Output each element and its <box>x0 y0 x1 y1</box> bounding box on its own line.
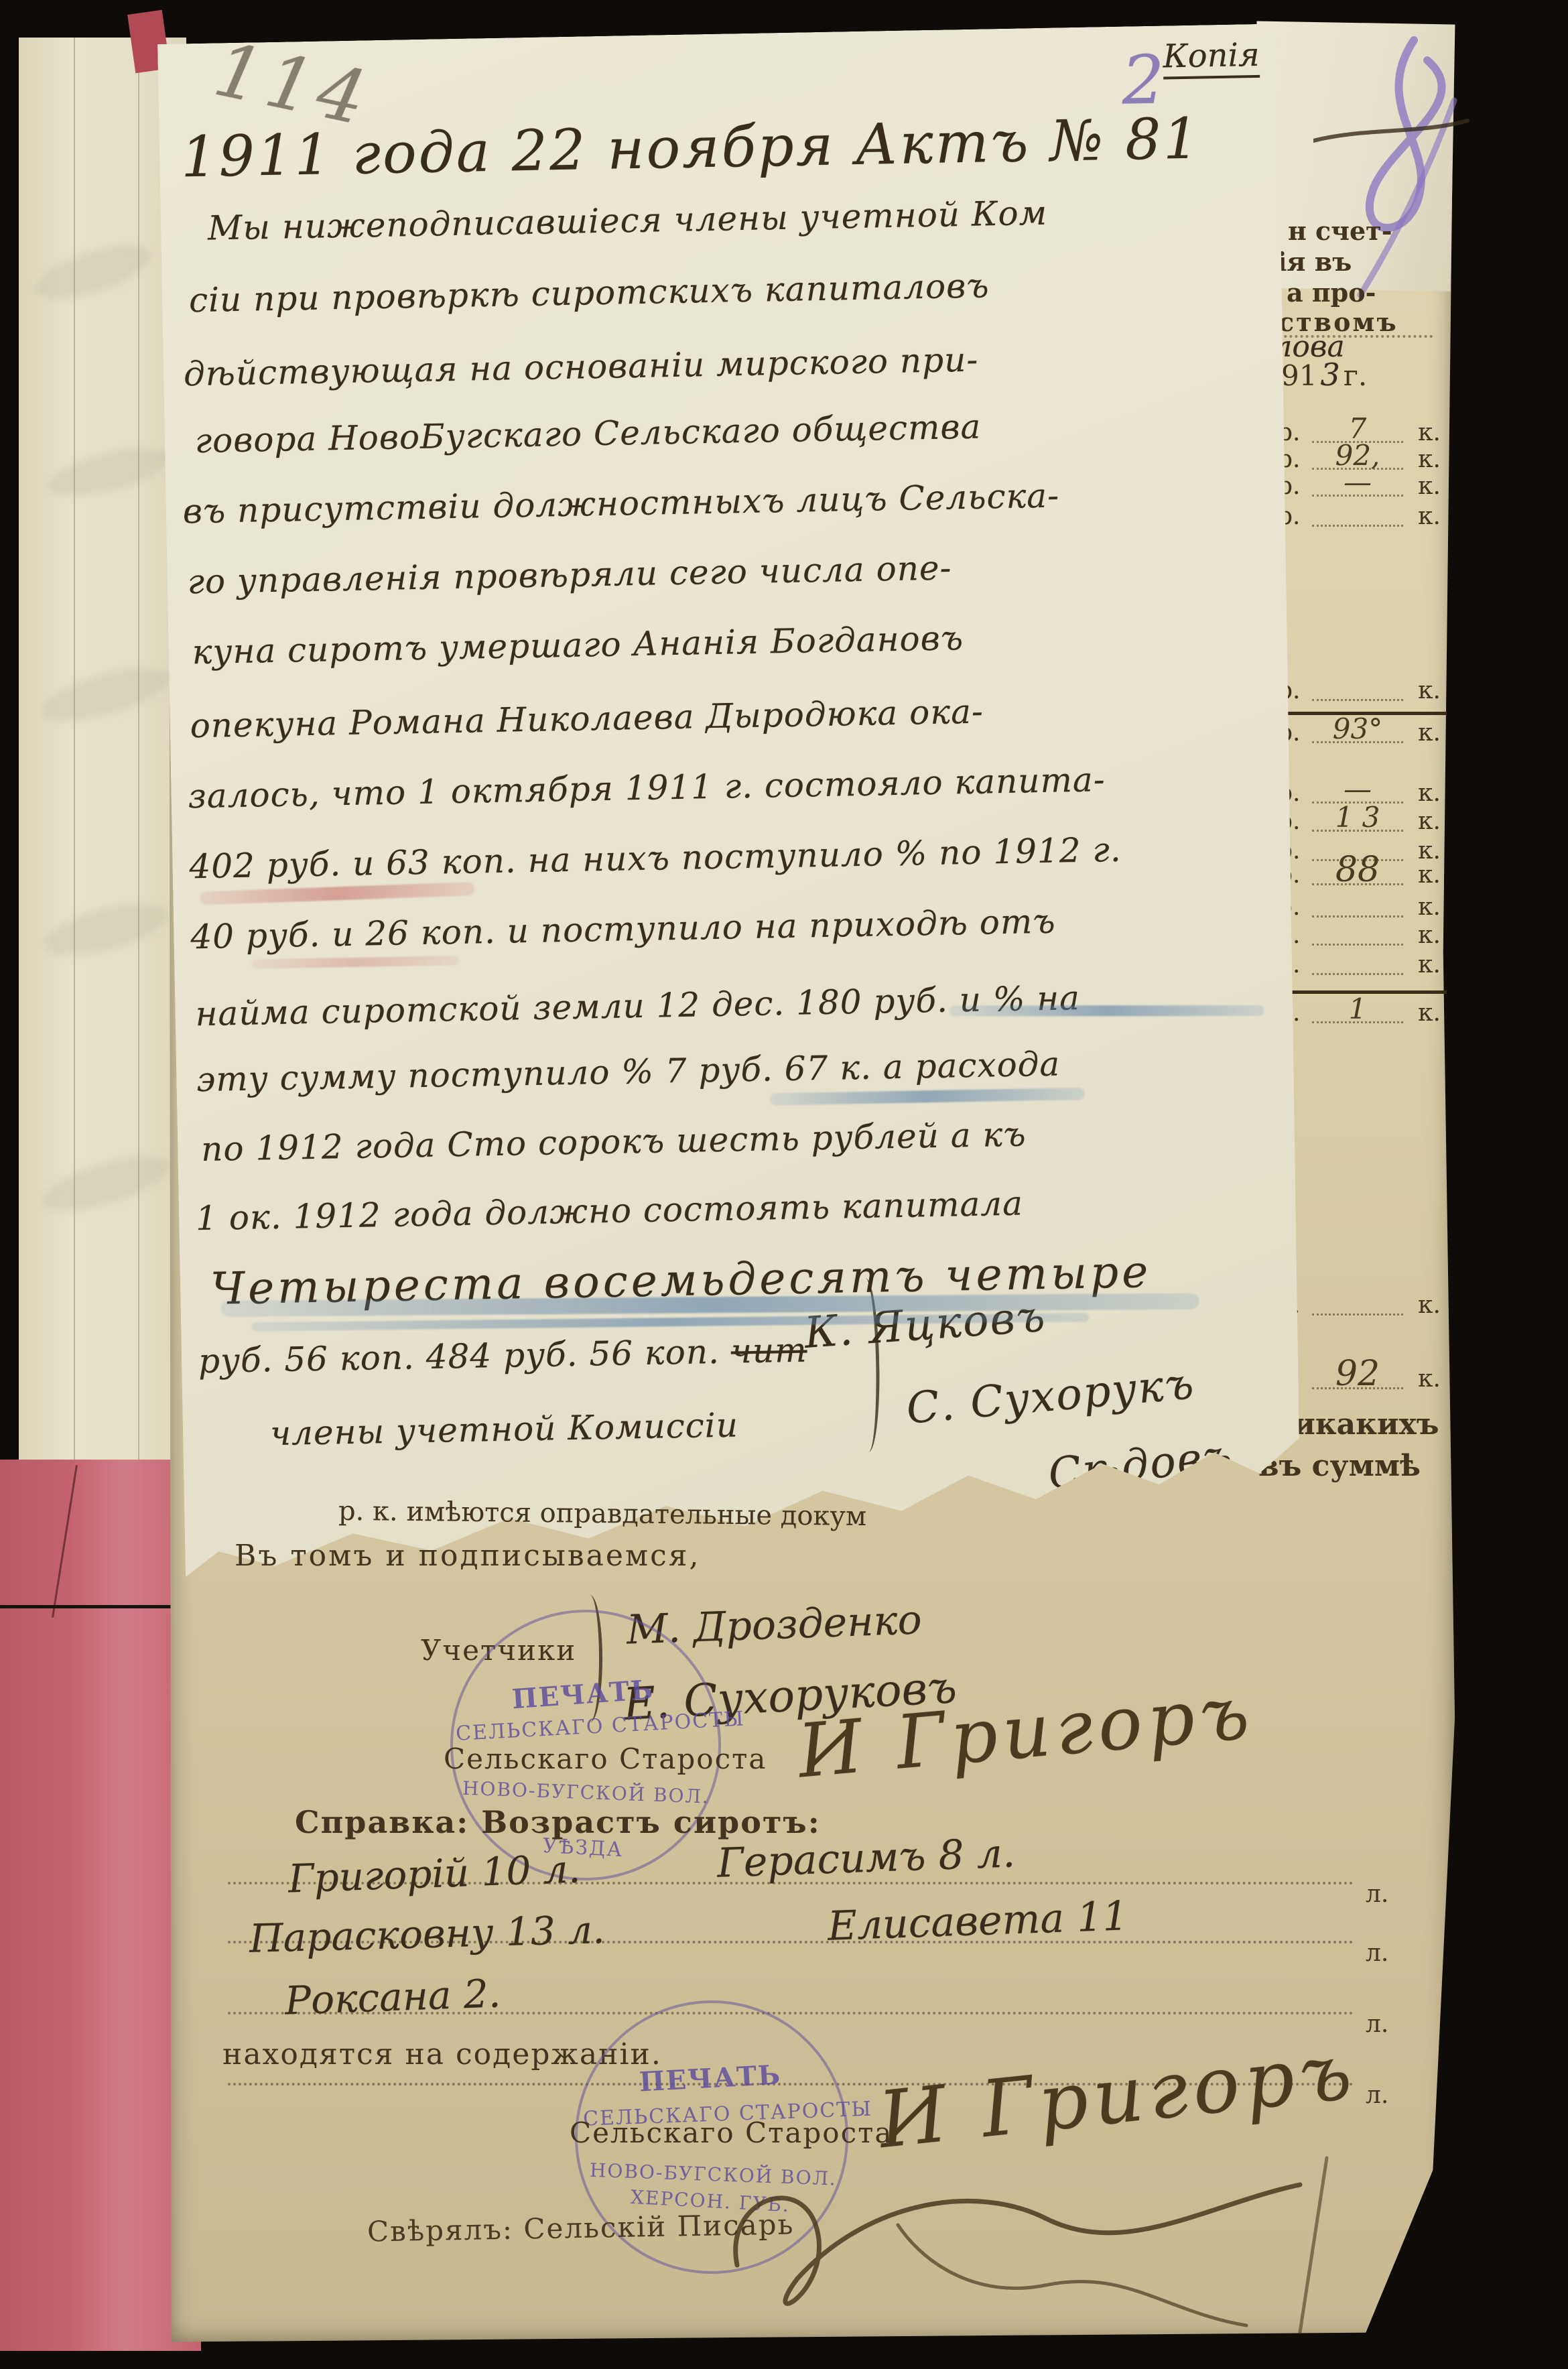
year-printed: 91 <box>1281 359 1317 392</box>
money-row: р.1к. <box>1273 996 1442 1028</box>
form-fragment-pro: а про- <box>1287 277 1376 308</box>
kop-label: к. <box>1418 1365 1441 1393</box>
money-row: р.1 3к. <box>1273 804 1442 836</box>
act-line: сіи при провѣркѣ сиротскихъ капиталовъ <box>188 266 990 320</box>
money-value: 1 <box>1308 993 1407 1025</box>
year-handwritten-digit: 3 <box>1321 357 1340 393</box>
act-line: го управленія провѣряли сего числа опе- <box>187 548 952 601</box>
page-edge-crease <box>74 38 75 1472</box>
subscribe-line: Въ томъ и подписываемся, <box>235 1539 701 1573</box>
spravka-heading: Справка: Возрастъ сиротъ: <box>295 1804 821 1840</box>
bleedthrough-mark <box>43 438 176 505</box>
act-line: опекуна Романа Николаева Дыродюка ока- <box>190 692 984 746</box>
act-line: въ присутствіи должностныхъ лицъ Сельска… <box>182 476 1059 531</box>
sum-figures-text: руб. 56 коп. 484 руб. 56 коп. <box>198 1332 720 1381</box>
pasted-act-sheet: Копія 2 1911 года 22 ноября Актъ № 81 Мы… <box>157 23 1306 1598</box>
act-line-members: члены учетной Комиссіи <box>269 1405 738 1453</box>
act-line: найма сиротской земли 12 дес. 180 руб. и… <box>195 978 1080 1033</box>
red-pencil-mark <box>200 882 474 905</box>
dotted-leader <box>1312 944 1403 946</box>
kop-label: к. <box>1418 677 1441 704</box>
act-line: 402 руб. и 63 коп. на нихъ поступило % п… <box>189 830 1122 886</box>
years-label: л. <box>1366 2010 1388 2038</box>
money-value: 88 <box>1308 850 1407 890</box>
kop-label: к. <box>1418 779 1441 807</box>
kop-label: к. <box>1418 503 1441 530</box>
form-year-line: 91 3 г. <box>1281 357 1367 393</box>
dotted-leader <box>1312 699 1403 701</box>
money-row: р.93°к. <box>1273 716 1442 748</box>
blue-underline <box>950 1005 1264 1016</box>
act-line: 1 ок. 1912 года должно состоять капитала <box>196 1184 1024 1238</box>
years-label: л. <box>1366 1939 1388 1967</box>
signature-suhoruk: С. Сухорукъ <box>905 1359 1197 1434</box>
kop-label: к. <box>1418 861 1441 889</box>
pisar-signature-flourish <box>697 2144 1367 2346</box>
red-pencil-mark <box>251 956 459 969</box>
year-suffix: г. <box>1344 359 1367 392</box>
form-fragment-iya-v: ія въ <box>1277 247 1352 277</box>
age-entry: Роксана 2. <box>284 1970 501 2023</box>
dotted-leader <box>1312 1314 1403 1316</box>
money-row: р.88к. <box>1273 858 1442 890</box>
years-label: л. <box>1366 2082 1388 2109</box>
kop-label: к. <box>1418 808 1441 835</box>
age-dotted-line <box>228 1882 1354 1884</box>
money-value: — <box>1308 466 1407 499</box>
kop-label: к. <box>1418 719 1441 747</box>
kop-label: к. <box>1418 893 1441 921</box>
kop-label: к. <box>1418 921 1441 949</box>
money-value: 93° <box>1308 712 1407 745</box>
dotted-leader <box>1312 525 1403 527</box>
money-row: р.к. <box>1273 948 1442 980</box>
money-row: р.к. <box>1273 1288 1442 1320</box>
bleedthrough-mark <box>39 893 173 966</box>
act-line: Мы нижеподписавшіеся члены учетной Ком <box>208 194 1048 248</box>
money-row: р.—к. <box>1273 469 1442 501</box>
bleedthrough-mark <box>36 1145 176 1222</box>
money-row: р.к. <box>1273 499 1442 531</box>
form-fragment-schet: н счет- <box>1288 216 1392 246</box>
age-dotted-line <box>228 1941 1354 1943</box>
act-line-sum-figures: руб. 56 коп. 484 руб. 56 коп. чит <box>198 1331 807 1381</box>
kop-label: к. <box>1418 472 1441 500</box>
binding-rule-line <box>0 1605 196 1608</box>
bleedthrough-mark <box>29 235 156 310</box>
starosta-printed-label: Сельскаго Староста <box>444 1742 767 1775</box>
act-line: говора НовоБугскаго Сельскаго общества <box>194 407 981 460</box>
struck-word: чит <box>730 1331 807 1371</box>
kop-label: к. <box>1418 999 1441 1027</box>
act-line: куна сиротъ умершаго Ананія Богдановъ <box>192 619 964 671</box>
money-row: р.к. <box>1273 890 1442 922</box>
act-line: залось, что 1 октября 1911 г. состояло к… <box>188 760 1106 816</box>
bleedthrough-mark <box>36 657 176 732</box>
kop-label: к. <box>1418 1291 1441 1319</box>
years-label: л. <box>1366 1880 1388 1908</box>
money-row: р.92к. <box>1273 1362 1442 1394</box>
blue-underline <box>770 1088 1085 1106</box>
money-value: 1 3 <box>1308 801 1407 834</box>
dotted-leader <box>1312 915 1403 917</box>
copy-label: Копія <box>1163 36 1260 80</box>
money-value: 92 <box>1308 1354 1407 1394</box>
form-word-v-summe: въ суммѣ <box>1258 1449 1421 1483</box>
torn-printed-line: р. к. имѣются оправдательные докум <box>338 1496 867 1532</box>
money-row: р.к. <box>1273 918 1442 950</box>
act-line: дѣйствующая на основаніи мирского при- <box>183 340 978 394</box>
kop-label: к. <box>1418 951 1441 978</box>
act-line: по 1912 года Сто сорокъ шесть рублей а к… <box>201 1115 1027 1169</box>
age-dotted-line <box>228 2012 1354 2014</box>
archival-document-scan: н счет- ія въ а про- ствомъ илова 91 3 г… <box>0 0 1568 2369</box>
book-page-edges <box>19 38 186 1472</box>
act-line: 40 руб. и 26 коп. и поступило на приходѣ… <box>190 902 1056 957</box>
age-entry: Парасковну 13 л. <box>249 1907 605 1962</box>
money-row: р.к. <box>1273 674 1442 706</box>
dotted-leader <box>1312 973 1403 975</box>
